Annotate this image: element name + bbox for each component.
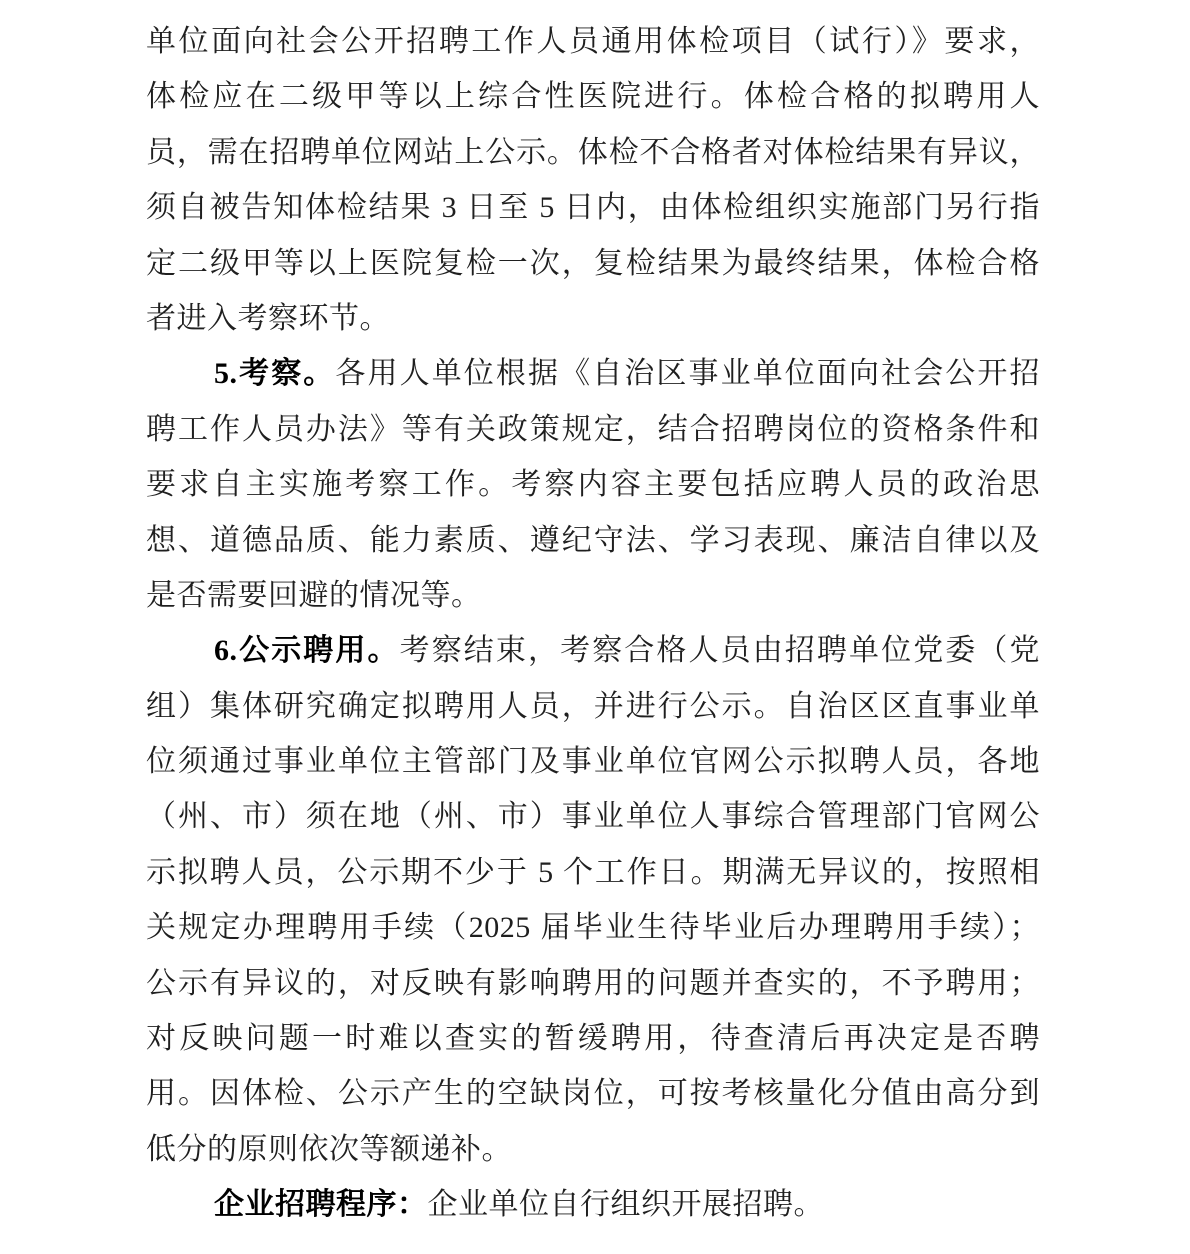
emphasis-run: 5.考察。 xyxy=(214,357,335,390)
text-line: 组）集体研究确定拟聘用人员，并进行公示。自治区区直事业单 xyxy=(146,679,1040,734)
text-run: 想、道德品质、能力素质、遵纪守法、学习表现、廉洁自律以及 xyxy=(146,524,1040,557)
text-line: 企业招聘程序：企业单位自行组织开展招聘。 xyxy=(146,1177,1040,1232)
text-line: 5.考察。各用人单位根据《自治区事业单位面向社会公开招 xyxy=(146,346,1040,401)
text-line: 公示有异议的，对反映有影响聘用的问题并查实的，不予聘用； xyxy=(146,956,1040,1011)
text-run: 单位面向社会公开招聘工作人员通用体检项目（试行）》要求， xyxy=(146,25,1040,58)
text-block: 单位面向社会公开招聘工作人员通用体检项目（试行）》要求，体检应在二级甲等以上综合… xyxy=(146,14,1040,1233)
text-line: 6.公示聘用。考察结束，考察合格人员由招聘单位党委（党 xyxy=(146,623,1040,678)
text-run: 对反映问题一时难以查实的暂缓聘用，待查清后再决定是否聘 xyxy=(146,1022,1040,1055)
text-line: 用。因体检、公示产生的空缺岗位，可按考核量化分值由高分到 xyxy=(146,1066,1040,1121)
text-run: 低分的原则依次等额递补。 xyxy=(146,1133,512,1166)
text-run: 组）集体研究确定拟聘用人员，并进行公示。自治区区直事业单 xyxy=(146,690,1040,723)
text-run: 员，需在招聘单位网站上公示。体检不合格者对体检结果有异议， xyxy=(146,136,1040,169)
emphasis-run: 企业招聘程序： xyxy=(214,1188,428,1221)
document-page: 单位面向社会公开招聘工作人员通用体检项目（试行）》要求，体检应在二级甲等以上综合… xyxy=(0,0,1190,1254)
text-line: 低分的原则依次等额递补。 xyxy=(146,1122,1040,1177)
text-line: 要求自主实施考察工作。考察内容主要包括应聘人员的政治思 xyxy=(146,457,1040,512)
text-run: 须自被告知体检结果 3 日至 5 日内，由体检组织实施部门另行指 xyxy=(146,191,1040,224)
text-run: 定二级甲等以上医院复检一次，复检结果为最终结果，体检合格 xyxy=(146,247,1040,280)
text-line: 员，需在招聘单位网站上公示。体检不合格者对体检结果有异议， xyxy=(146,125,1040,180)
text-run: 者进入考察环节。 xyxy=(146,302,390,335)
text-run: 体检应在二级甲等以上综合性医院进行。体检合格的拟聘用人 xyxy=(146,80,1040,113)
text-line: 定二级甲等以上医院复检一次，复检结果为最终结果，体检合格 xyxy=(146,236,1040,291)
text-run: 各用人单位根据《自治区事业单位面向社会公开招 xyxy=(335,357,1040,390)
text-line: 者进入考察环节。 xyxy=(146,291,1040,346)
text-line: 是否需要回避的情况等。 xyxy=(146,568,1040,623)
text-line: 关规定办理聘用手续（2025 届毕业生待毕业后办理聘用手续）； xyxy=(146,900,1040,955)
text-run: 企业单位自行组织开展招聘。 xyxy=(428,1188,825,1221)
text-run: 位须通过事业单位主管部门及事业单位官网公示拟聘人员，各地 xyxy=(146,745,1040,778)
text-line: （州、市）须在地（州、市）事业单位人事综合管理部门官网公 xyxy=(146,789,1040,844)
text-line: 单位面向社会公开招聘工作人员通用体检项目（试行）》要求， xyxy=(146,14,1040,69)
text-run: 关规定办理聘用手续（2025 届毕业生待毕业后办理聘用手续）； xyxy=(146,911,1040,944)
text-line: 聘工作人员办法》等有关政策规定，结合招聘岗位的资格条件和 xyxy=(146,402,1040,457)
text-run: 考察结束，考察合格人员由招聘单位党委（党 xyxy=(400,634,1040,667)
text-line: 示拟聘人员，公示期不少于 5 个工作日。期满无异议的，按照相 xyxy=(146,845,1040,900)
text-line: 体检应在二级甲等以上综合性医院进行。体检合格的拟聘用人 xyxy=(146,69,1040,124)
text-run: 公示有异议的，对反映有影响聘用的问题并查实的，不予聘用； xyxy=(146,967,1040,1000)
text-line: 位须通过事业单位主管部门及事业单位官网公示拟聘人员，各地 xyxy=(146,734,1040,789)
text-run: 是否需要回避的情况等。 xyxy=(146,579,482,612)
text-line: 须自被告知体检结果 3 日至 5 日内，由体检组织实施部门另行指 xyxy=(146,180,1040,235)
text-run: 聘工作人员办法》等有关政策规定，结合招聘岗位的资格条件和 xyxy=(146,413,1040,446)
text-run: （州、市）须在地（州、市）事业单位人事综合管理部门官网公 xyxy=(146,800,1040,833)
text-run: 要求自主实施考察工作。考察内容主要包括应聘人员的政治思 xyxy=(146,468,1040,501)
text-line: 想、道德品质、能力素质、遵纪守法、学习表现、廉洁自律以及 xyxy=(146,513,1040,568)
text-run: 示拟聘人员，公示期不少于 5 个工作日。期满无异议的，按照相 xyxy=(146,856,1040,889)
text-line: 对反映问题一时难以查实的暂缓聘用，待查清后再决定是否聘 xyxy=(146,1011,1040,1066)
emphasis-run: 6.公示聘用。 xyxy=(214,634,400,667)
text-run: 用。因体检、公示产生的空缺岗位，可按考核量化分值由高分到 xyxy=(146,1077,1040,1110)
